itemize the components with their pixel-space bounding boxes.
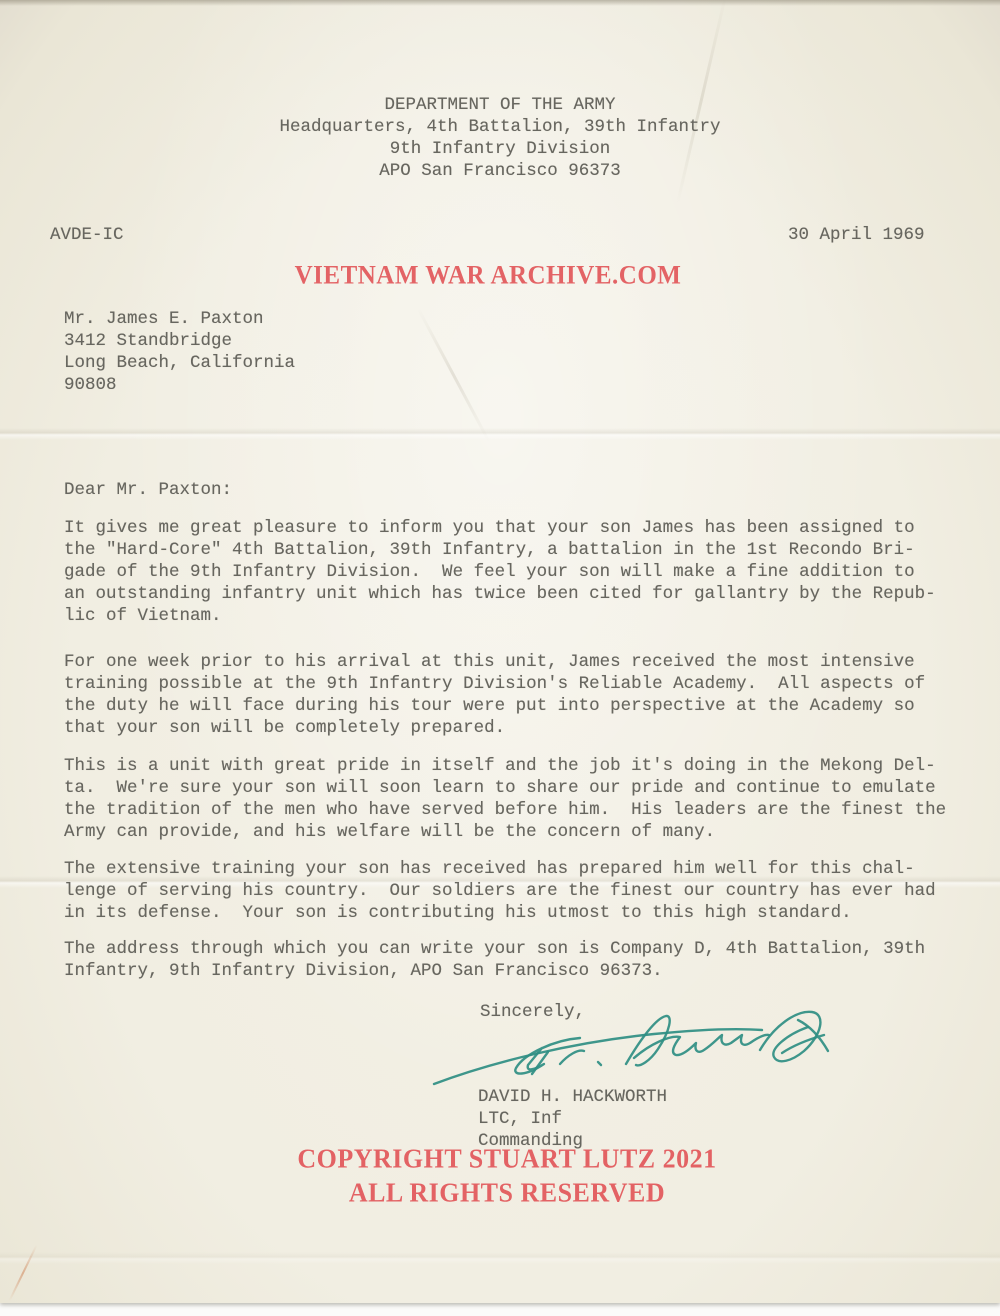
fold-crease-upper xyxy=(0,428,1000,440)
date-line: 30 April 1969 xyxy=(788,224,925,246)
paper-sheet: DEPARTMENT OF THE ARMY Headquarters, 4th… xyxy=(0,0,1000,1303)
salutation: Dear Mr. Paxton: xyxy=(64,479,232,501)
corner-crease-red xyxy=(9,1245,38,1302)
signer-rank: LTC, Inf xyxy=(478,1108,562,1130)
paper-torn-top-edge xyxy=(0,0,1000,6)
recipient-address: Mr. James E. Paxton 3412 Standbridge Lon… xyxy=(64,308,295,396)
signer-name: DAVID H. HACKWORTH xyxy=(478,1086,667,1108)
body-paragraph-5: The address through which you can write … xyxy=(64,938,925,982)
letterhead: DEPARTMENT OF THE ARMY Headquarters, 4th… xyxy=(0,94,1000,182)
diagonal-crease-middle xyxy=(417,308,490,442)
body-paragraph-1: It gives me great pleasure to inform you… xyxy=(64,517,936,627)
copyright-watermark-line2: ALL RIGHTS RESERVED xyxy=(14,1177,1000,1209)
reference-code: AVDE-IC xyxy=(50,224,124,246)
copyright-watermark-line1: COPYRIGHT STUART LUTZ 2021 xyxy=(14,1143,1000,1175)
scanned-letter-page: DEPARTMENT OF THE ARMY Headquarters, 4th… xyxy=(0,0,1000,1316)
body-paragraph-4: The extensive training your son has rece… xyxy=(64,858,936,924)
body-paragraph-2: For one week prior to his arrival at thi… xyxy=(64,651,925,739)
fold-crease-bottom xyxy=(0,1252,1000,1264)
archive-watermark: VIETNAM WAR ARCHIVE.COM xyxy=(0,261,1000,291)
body-paragraph-3: This is a unit with great pride in itsel… xyxy=(64,755,946,843)
